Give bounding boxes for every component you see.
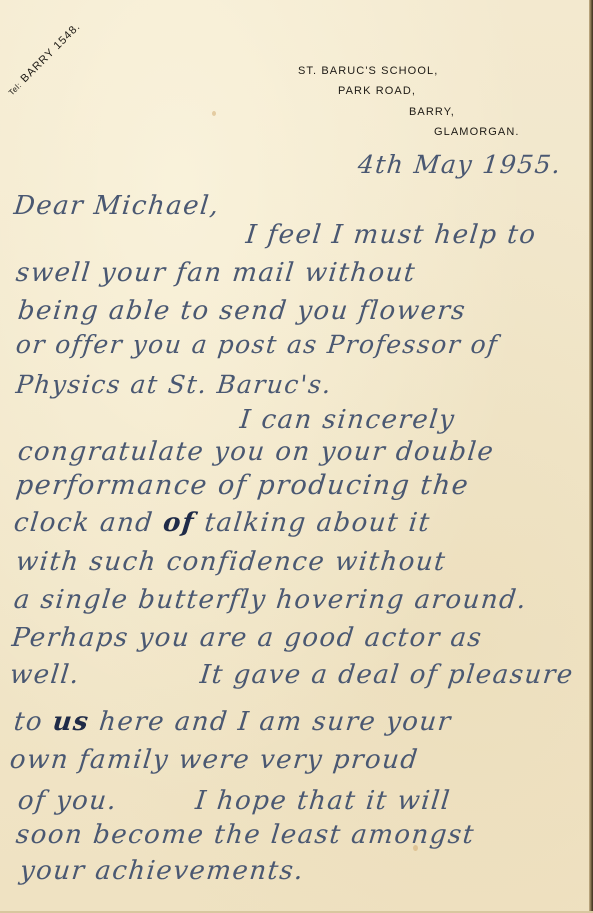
body-line: well.It gave a deal of pleasure [8,660,575,690]
body-text: clock and [12,508,164,538]
body-line: a single butterfly hovering around. [12,585,528,615]
inked-correction: us [51,707,91,737]
body-line: of you.I hope that it will [16,786,452,816]
letter-date: 4th May 1955. [356,150,563,179]
body-text: of you. [16,786,119,816]
body-text: to [12,707,54,737]
inked-correction: of [162,508,197,538]
paper-edge [589,0,593,913]
body-line: performance of producing the [14,470,471,501]
address-town: BARRY, [409,106,455,118]
paper-stain [212,111,216,116]
body-line: with such confidence without [14,547,447,577]
body-line: soon become the least amongst [14,820,476,850]
body-line: I feel I must help to [244,220,538,250]
address-county: GLAMORGAN. [434,126,520,138]
body-line: or offer you a post as Professor of [14,330,499,359]
body-line: your achievements. [18,856,305,886]
telephone-number: Tel:BARRY 1548. [6,21,83,98]
salutation: Dear Michael, [12,191,221,221]
tel-number: BARRY 1548. [19,21,83,85]
body-text: I hope that it will [194,786,453,816]
body-line: to us here and I am sure your [12,707,453,737]
body-line: being able to send you flowers [16,296,467,326]
body-line: own family were very proud [8,745,420,775]
body-text: here and I am sure your [88,707,453,737]
body-line: Perhaps you are a good actor as [10,623,484,653]
body-line: Physics at St. Baruc's. [14,370,333,399]
body-line: I can sincerely [238,405,456,435]
body-text: well. [8,660,81,690]
tel-prefix: Tel: [7,81,24,98]
address-street: PARK ROAD, [338,85,416,97]
body-line: swell your fan mail without [14,258,417,288]
body-text: It gave a deal of pleasure [198,660,575,690]
school-name: ST. BARUC'S SCHOOL, [298,65,438,77]
body-line: clock and of talking about it [12,508,432,538]
letter-page: Tel:BARRY 1548. ST. BARUC'S SCHOOL, PARK… [0,0,593,913]
body-line: congratulate you on your double [16,437,495,467]
body-text: talking about it [193,508,432,538]
